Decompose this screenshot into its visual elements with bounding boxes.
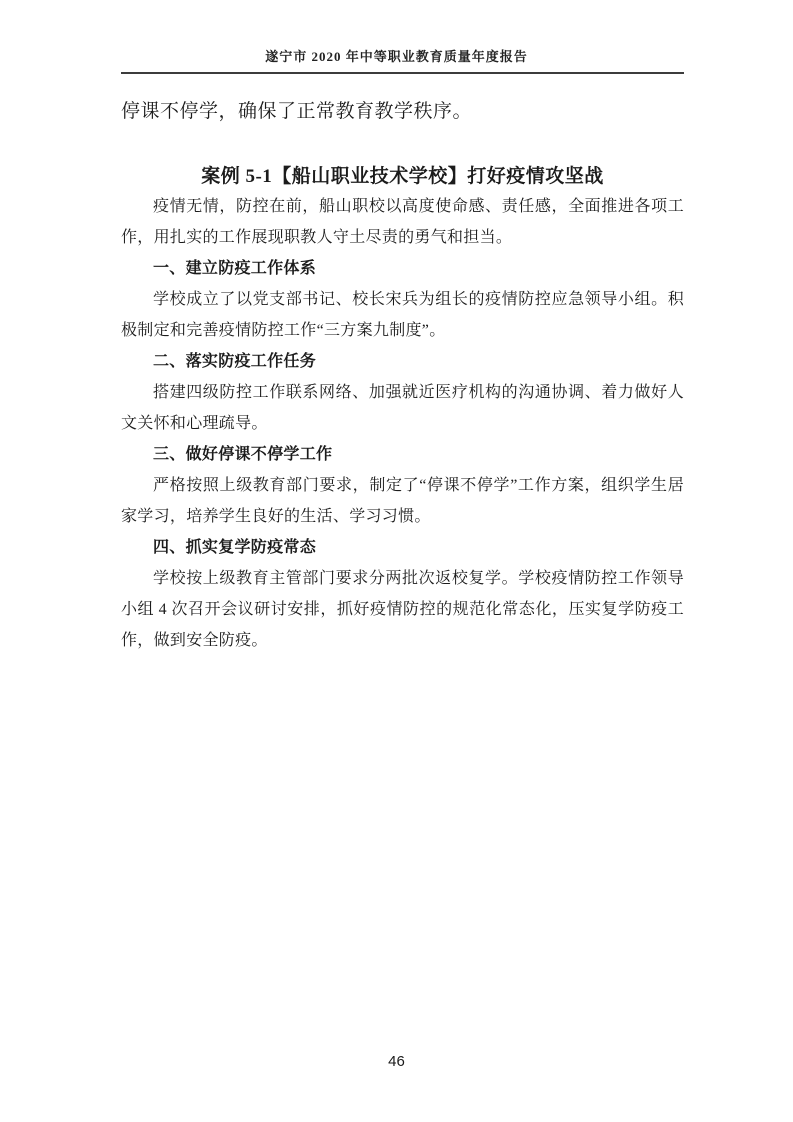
document-page: 遂宁市 2020 年中等职业教育质量年度报告 停课不停学，确保了正常教育教学秩序… (0, 0, 793, 1122)
body-paragraph: 学校成立了以党支部书记、校长宋兵为组长的疫情防控应急领导小组。积极制定和完善疫情… (121, 284, 684, 346)
running-header: 遂宁市 2020 年中等职业教育质量年度报告 (0, 0, 793, 65)
section-heading-2: 二、落实防疫工作任务 (121, 346, 684, 377)
section-heading-1: 一、建立防疫工作体系 (121, 253, 684, 284)
body-paragraph: 严格按照上级教育部门要求，制定了“停课不停学”工作方案，组织学生居家学习，培养学… (121, 470, 684, 532)
section-heading-3: 三、做好停课不停学工作 (121, 439, 684, 470)
body-paragraph: 搭建四级防控工作联系网络、加强就近医疗机构的沟通协调、着力做好人文关怀和心理疏导… (121, 377, 684, 439)
body-paragraph: 学校按上级教育主管部门要求分两批次返校复学。学校疫情防控工作领导小组 4 次召开… (121, 563, 684, 656)
header-rule (121, 72, 684, 74)
continued-paragraph: 停课不停学，确保了正常教育教学秩序。 (121, 96, 684, 128)
page-number: 46 (0, 1053, 793, 1070)
section-heading-4: 四、抓实复学防疫常态 (121, 532, 684, 563)
body-paragraph: 疫情无情，防控在前，船山职校以高度使命感、责任感，全面推进各项工作，用扎实的工作… (121, 191, 684, 253)
case-title: 案例 5-1【船山职业技术学校】打好疫情攻坚战 (121, 161, 684, 188)
page-content: 停课不停学，确保了正常教育教学秩序。 案例 5-1【船山职业技术学校】打好疫情攻… (121, 96, 684, 656)
